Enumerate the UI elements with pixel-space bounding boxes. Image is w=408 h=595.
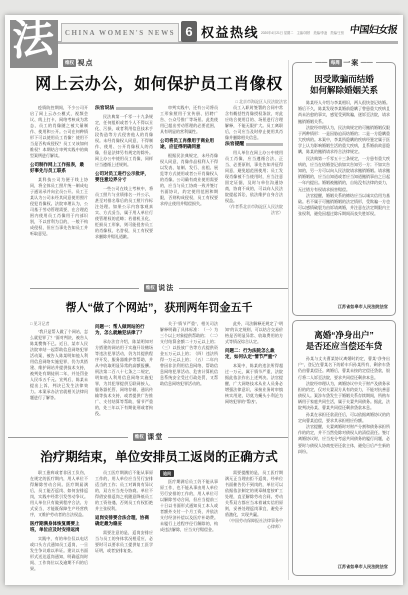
body-paragraph: 疫情防控期间，不少公司开启了网上云办公模式，视频会议、线上打卡、网络考核成为常态… (30, 105, 88, 159)
label-text: 法官说法 (95, 105, 114, 112)
body-paragraph: 承办法官介绍，陈某明知对方搭建的网站用于实施开设赌场等违法犯罪活动，仍为其提供程… (95, 339, 153, 417)
body-paragraph: “我只是帮人做了个网站，怎么就犯罪了？”面对判决，被告人陈某懊悔不已。近日，某市… (30, 329, 88, 401)
tag-icon: 维权 (133, 433, 146, 440)
article1-column-3: 审判实践中，还有公司将员工形象照用于宣传册、招聘广告、公众号推广等场景。此类使用… (160, 105, 218, 283)
case1-headline-line2: 如何解除婚姻关系 (298, 85, 390, 96)
article1-column-2: 法官说法 民法典第一千零一十九条规定，任何组织或者个人不得以丑化、污损，或者利用… (95, 105, 153, 283)
body-paragraph: 孙某与丈夫曹某协议离婚时约定，曹某“净身出户”，登记在曹某名下的轿车归孙某所有，… (298, 356, 390, 381)
body-paragraph: 审判实践中，还有公司将员工形象照用于宣传册、招聘广告、公众号推广等场景。此类使用… (160, 105, 218, 135)
fa-law-character: 法 (12, 20, 54, 65)
article1-headline: 网上云办公，如何保护员工肖像权 (30, 71, 288, 94)
tag-label: 课堂 (147, 432, 163, 442)
fa-law-logo: 法 (10, 20, 58, 68)
article3-column-4: 需要提醒的是，员工医疗期满无正当理由拒不返岗，经单位书面催告仍不到岗的，单位可以… (225, 470, 283, 580)
tag-dash: —— (315, 60, 327, 66)
body-paragraph: 孙某在承担还款责任后，可以依据离婚协议的约定向曹某追偿，要求其承担相应份额。 (298, 412, 390, 424)
column-tag-shuofa: 维权 说法 (139, 283, 180, 293)
body-paragraph: 实践中，有的单位仅以电话或口头方式通知员工返岗，一旦发生争议难以举证。建议以书面… (30, 536, 88, 572)
body-paragraph: 本案中，陈某的违法所得超过一万元，属于情节严重，法院据此依法作出上述判决。法官提… (225, 363, 283, 405)
paper-name-english: CHINA WOMEN'S NEWS (61, 23, 179, 43)
weekly-case-box: —— 每周 一案 —— 因受欺骗而结婚 如何解除婚姻关系 陈某经人介绍与李某相识… (292, 62, 396, 316)
article3-attribution: （中国劳动保障报社法律事务中心律师） (225, 518, 283, 530)
label-bar (246, 143, 283, 146)
article3-subhead-1: 医疗期满身体恢复需要上班，单位应及时安排返岗 (30, 521, 88, 534)
follow-up-label: 追问 (160, 470, 174, 477)
article2-headline: 帮人“做了个网站”，获刑两年罚金五千 (30, 299, 288, 315)
body-paragraph: 民法典第一千零一十九条规定，任何组织或者个人不得以丑化、污损，或者利用信息技术手… (95, 114, 153, 168)
weekly-case-tag-row: —— 每周 一案 —— (293, 58, 395, 68)
tag-icon: 维权 (63, 59, 76, 66)
column-tag-row-shuofa: 维权 说法 (30, 283, 288, 293)
column-separator (288, 60, 289, 580)
column-tag-yian: —— 每周 一案 —— (312, 58, 376, 68)
body-paragraph: 民法典第一千零五十三条规定，一方患有重大疾病的，应当在结婚登记前如实告知另一方；… (298, 156, 390, 193)
body-paragraph: 法院经审理认为，民法典规定的可撤销婚姻仅限于两种情形：一是因胁迫而结婚的；二是一… (298, 125, 390, 156)
label-bar (116, 107, 153, 110)
body-paragraph: 职工患病或者非因工负伤，在规定的医疗期内，用人单位不得解除劳动合同。医疗期届满后… (30, 470, 88, 518)
case1-body: 陈某经人介绍与李某相识，两人很快登记结婚。婚后不久，陈某发现李某婚前隐瞒了曾患重… (298, 100, 390, 296)
body-paragraph: 根据民法典规定，未经肖像权人同意，肖像作品权利人不得以发表、复制、发行、出租、展… (160, 153, 218, 207)
body-paragraph: 陈某经人介绍与李某相识，两人很快登记结婚。婚后不久，陈某发现李某婚前隐瞒了曾患重… (298, 100, 390, 125)
tag-label: 一案 (343, 58, 359, 68)
body-paragraph: 法官提醒，夫妻离婚时对财产分割和债务承担所作的约定，并不当然免除对债权人的清偿责… (298, 424, 390, 455)
article2-column-1: □ 见习记者 “我只是帮人做了个网站，怎么就犯罪了？”面对判决，被告人陈某懊悔不… (30, 321, 88, 429)
body-paragraph: 关于“情节严重”，相关司法解释明确了具体标准：（一）为三个以上对象提供帮助的；（… (160, 321, 218, 387)
newspaper-scan: { "masthead": { "logo_char": "法", "name_… (0, 0, 408, 595)
tag-label: 说法 (158, 283, 174, 293)
column-tag-shidian: 维权 视点 (63, 58, 94, 68)
dateline: 2020年4月21日 星期二 主编/刘婷 美编/李凌 责编/王恒 (261, 30, 349, 35)
tag-icon: 每周 (329, 59, 342, 66)
body-paragraph: 某科技公司为便于线上协同，将全体员工照片统一制成电子通讯录并向全员公开。员工王某… (30, 177, 88, 237)
case1-headline-line1: 因受欺骗而结婚 (298, 74, 390, 85)
tag-label: 视点 (78, 58, 94, 68)
article3-subhead-2: 返岗安排要合法合理，协商确定最为稳妥 (95, 515, 153, 528)
article1-subhead-3: 公司将员工肖像用于商业用途，应征得明确同意 (160, 138, 218, 151)
article1-column-4: 员工入职时签署的合同中常含有概括性肖像授权条款，对此应结合使用目的、场景进行合理… (225, 105, 283, 283)
judge-note-label: 法官说法 (95, 105, 153, 112)
paper-name-chinese: 中国妇女报 (349, 21, 401, 36)
body-paragraph: 需要提醒的是，员工医疗期满无正当理由拒不返岗，经单位书面催告仍不到岗的，单位可以… (225, 470, 283, 518)
article2-column-4: 此外，司法解释还规定了“明知”的认定规则，可以结合交易价格是否明显异常、收取费用… (225, 321, 283, 429)
case1-headline: 因受欺骗而结婚 如何解除婚姻关系 (298, 74, 390, 97)
case1-attribution: 江苏省如皋市人民法院法官 (338, 304, 388, 310)
article2-question-1: 问题一：帮人做网站的行为，怎么就触犯法律了？ (95, 324, 153, 337)
case2-body: 孙某与丈夫曹某协议离婚时约定，曹某“净身出户”，登记在曹某名下的轿车归孙某所有，… (298, 356, 390, 562)
body-paragraph: 用人单位在网上办公中使用员工肖像，应当遵循合法、正当、必要原则，事先告知并征得同… (225, 150, 283, 204)
article2-byline: □ 见习记者 (30, 321, 88, 327)
article3-column-3: 追问 医疗期满后员工仍不能从事原工作，也不能从事由用人单位另行安排的工作的，用人… (160, 470, 218, 580)
article1-attribution: （作者系北京市海淀区人民法院法官） (225, 204, 283, 216)
body-paragraph: 法院经审理认为，离婚协议中关于财产及债务承担的约定，仅对夫妻双方具有约束力，不能… (298, 381, 390, 412)
body-paragraph: 一些公司在线上考核中，将员工照片与业绩排名一并公示，甚至对排名靠后的员工照片作标… (95, 186, 153, 240)
car-loan-case-box: 离婚“净身出户” 是否还应当偿还车贷 孙某与丈夫曹某协议离婚时约定，曹某“净身出… (292, 320, 396, 576)
article2-column-3: 关于“情节严重”，相关司法解释明确了具体标准：（一）为三个以上对象提供帮助的；（… (160, 321, 218, 429)
article3-column-2: 员工医疗期满后不能从事原工作的，用人单位应当另行安排适当的工作；员工对调岗有异议… (95, 470, 153, 580)
article1-column-1: 疫情防控期间，不少公司开启了网上云办公模式，视频会议、线上打卡、网络考核成为常态… (30, 105, 88, 283)
case2-attribution: 江苏省如皋市人民法院法官 (338, 564, 388, 570)
article2-question-2: 问题二：行为法院怎么裁定，如何认定“情节严重”？ (225, 348, 283, 361)
article1-subhead-2: 公司对员工进行公示批评，要注意边界分寸 (95, 171, 153, 184)
body-paragraph: 员工医疗期满后不能从事原工作的，用人单位应当另行安排适当的工作；员工对调岗有异议… (95, 470, 153, 512)
article1-subhead-1: 公司制作网上工作报表，最好事先与员工联系 (30, 162, 88, 175)
case2-headline-line1: 离婚“净身出户” (298, 330, 390, 341)
body-paragraph: 员工入职时签署的合同中常含有概括性肖像授权条款，对此应结合使用目的、场景进行合理… (225, 105, 283, 141)
tag-icon: 维权 (144, 284, 157, 291)
case2-headline-line2: 是否还应当偿还车贷 (298, 341, 390, 352)
newspaper-page: 法 CHINA WOMEN'S NEWS 6 权益热线 2020年4月21日 星… (5, 15, 403, 585)
body-paragraph: 需要注意的是，返岗安排应当与员工的身体状况相适应，必要时可以要求员工提供复工医学… (95, 530, 153, 554)
body-paragraph: 此外，司法解释还规定了“明知”的认定规则，可以结合交易价格是否明显异常、收取费用… (225, 321, 283, 345)
article2-column-2: 问题一：帮人做网站的行为，怎么就触犯法律了？ 承办法官介绍，陈某明知对方搭建的网… (95, 321, 153, 429)
article3-column-1: 职工患病或者非因工负伤，在规定的医疗期内，用人单位不得解除劳动合同。医疗期届满后… (30, 470, 88, 580)
column-tag-row-ketang: 维权 课堂 (8, 432, 288, 442)
label-text: 法官提醒 (225, 141, 244, 148)
body-paragraph: 法官提醒，婚姻关系的缔结应当以诚实信用为基础。若不属于可撤销婚姻的法定情形，受欺… (298, 193, 390, 218)
body-paragraph: 医疗期满后员工仍不能从事原工作，也不能从事由用人单位另行安排的工作的，用人单位可… (160, 479, 218, 533)
section-title: 权益热线 (201, 22, 259, 41)
judge-reminder-label: 法官提醒 (225, 141, 283, 148)
case2-headline: 离婚“净身出户” 是否还应当偿还车贷 (298, 330, 390, 353)
column-tag-ketang: 维权 课堂 (128, 432, 169, 442)
tag-dash: —— (361, 60, 373, 66)
page-number-badge: 6 (181, 21, 197, 42)
article3-headline: 治疗期结束，单位安排员工返岗的正确方式 (30, 447, 288, 465)
